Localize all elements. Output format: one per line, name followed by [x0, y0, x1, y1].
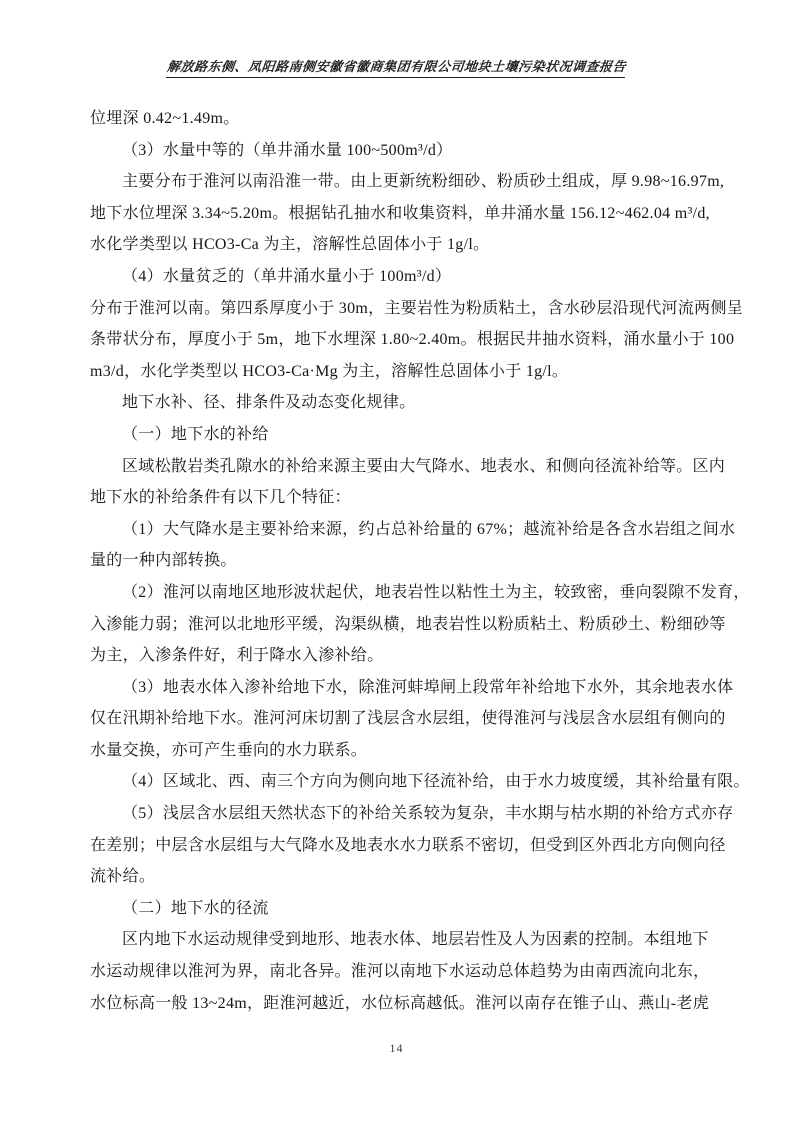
- document-body: 位埋深 0.42~1.49m。（3）水量中等的（单井涌水量 100~500m³/…: [90, 103, 715, 1019]
- text-line: 在差别；中层含水层组与大气降水及地表水水力联系不密切，但受到区外西北方向侧向径: [90, 830, 715, 862]
- text-line: 仅在汛期补给地下水。淮河河床切割了浅层含水层组，使得淮河与浅层含水层组有侧向的: [90, 703, 715, 735]
- text-line: 条带状分布，厚度小于 5m，地下水埋深 1.80~2.40m。根据民井抽水资料，…: [90, 324, 715, 356]
- text-line: 入渗能力弱；淮河以北地形平缓，沟渠纵横，地表岩性以粉质粘土、粉质砂土、粉细砂等: [90, 609, 715, 641]
- text-line: 量的一种内部转换。: [90, 545, 715, 577]
- text-line: 水化学类型以 HCO3-Ca 为主，溶解性总固体小于 1g/l。: [90, 229, 715, 261]
- text-line: （3）水量中等的（单井涌水量 100~500m³/d）: [90, 135, 715, 167]
- text-line: 分布于淮河以南。第四系厚度小于 30m，主要岩性为粉质粘土，含水砂层沿现代河流两…: [90, 293, 715, 325]
- page-header: 解放路东侧、凤阳路南侧安徽省徽商集团有限公司地块土壤污染状况调查报告: [0, 56, 793, 78]
- text-line: （4）区域北、西、南三个方向为侧向地下径流补给，由于水力坡度缓，其补给量有限。: [90, 766, 715, 798]
- text-line: 区域松散岩类孔隙水的补给来源主要由大气降水、地表水、和侧向径流补给等。区内: [90, 451, 715, 483]
- text-line: （1）大气降水是主要补给来源，约占总补给量的 67%；越流补给是各含水岩组之间水: [90, 514, 715, 546]
- document-page: 解放路东侧、凤阳路南侧安徽省徽商集团有限公司地块土壤污染状况调查报告 位埋深 0…: [0, 0, 793, 1122]
- text-line: 地下水补、径、排条件及动态变化规律。: [90, 387, 715, 419]
- text-line: （2）淮河以南地区地形波状起伏，地表岩性以粘性土为主，较致密，垂向裂隙不发育，: [90, 577, 715, 609]
- page-number: 14: [390, 1041, 404, 1055]
- text-line: 水位标高一般 13~24m，距淮河越近，水位标高越低。淮河以南存在锥子山、燕山-…: [90, 988, 715, 1020]
- text-line: 流补给。: [90, 861, 715, 893]
- text-line: 水运动规律以淮河为界，南北各异。淮河以南地下水运动总体趋势为由南西流向北东，: [90, 956, 715, 988]
- text-line: 区内地下水运动规律受到地形、地表水体、地层岩性及人为因素的控制。本组地下: [90, 924, 715, 956]
- text-line: （一）地下水的补给: [90, 419, 715, 451]
- text-line: m3/d，水化学类型以 HCO3-Ca·Mg 为主，溶解性总固体小于 1g/l。: [90, 356, 715, 388]
- text-line: 主要分布于淮河以南沿淮一带。由上更新统粉细砂、粉质砂土组成，厚 9.98~16.…: [90, 166, 715, 198]
- text-line: （二）地下水的径流: [90, 893, 715, 925]
- page-footer: 14: [0, 1039, 793, 1057]
- document-title: 解放路东侧、凤阳路南侧安徽省徽商集团有限公司地块土壤污染状况调查报告: [166, 56, 627, 78]
- text-line: 位埋深 0.42~1.49m。: [90, 103, 715, 135]
- text-line: （4）水量贫乏的（单井涌水量小于 100m³/d）: [90, 261, 715, 293]
- text-line: 地下水的补给条件有以下几个特征：: [90, 482, 715, 514]
- text-line: 为主，入渗条件好，利于降水入渗补给。: [90, 640, 715, 672]
- text-line: 地下水位埋深 3.34~5.20m。根据钻孔抽水和收集资料，单井涌水量 156.…: [90, 198, 715, 230]
- text-line: 水量交换，亦可产生垂向的水力联系。: [90, 735, 715, 767]
- text-line: （5）浅层含水层组天然状态下的补给关系较为复杂，丰水期与枯水期的补给方式亦存: [90, 798, 715, 830]
- text-line: （3）地表水体入渗补给地下水，除淮河蚌埠闸上段常年补给地下水外，其余地表水体: [90, 672, 715, 704]
